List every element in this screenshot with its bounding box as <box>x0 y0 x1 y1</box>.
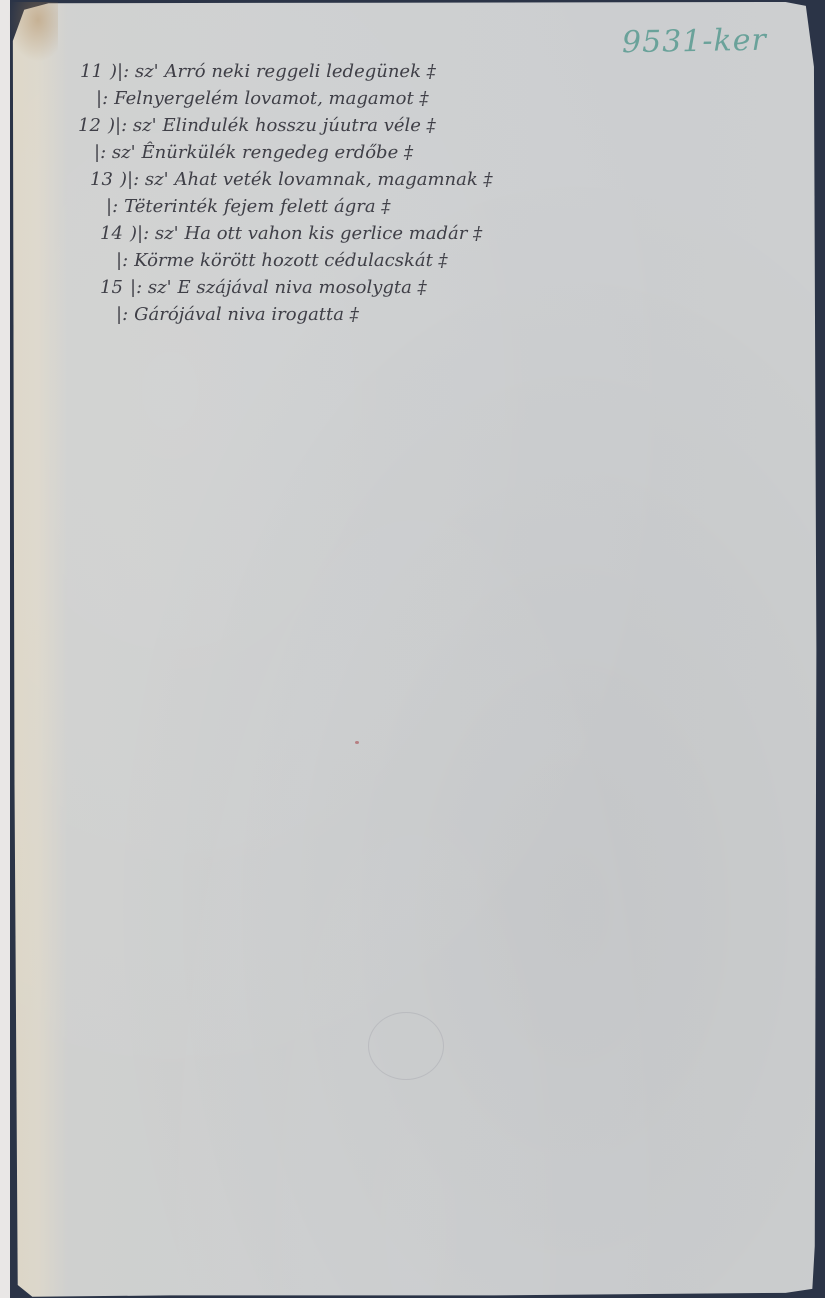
lyric-text: E szájával niva mosolygta ‡ <box>178 277 427 298</box>
ink-spot <box>355 741 359 744</box>
stanza-number: 14 <box>100 220 130 247</box>
repeat-mark: )|: sz' <box>120 169 169 190</box>
lyric-line: 12)|: sz'Elindulék hosszu júutra véle ‡ <box>78 112 700 139</box>
lyric-line: 13)|: sz'Ahat veték lovamnak, magamnak ‡ <box>90 166 700 193</box>
lyric-line: |: sz'Ênürkülék rengedeg erdőbe ‡ <box>78 139 700 166</box>
lyric-line: |:Felnyergelém lovamot, magamot ‡ <box>80 85 700 112</box>
lyric-line: |:Körme körött hozott cédulacskát ‡ <box>100 247 700 274</box>
lyric-line: |:Tëterinték fejem felett ágra ‡ <box>90 193 700 220</box>
faint-stamp <box>368 1012 444 1080</box>
lyrics-block: 11)|: sz'Arró neki reggeli ledegünek ‡ |… <box>80 58 700 328</box>
lyric-line: 11)|: sz'Arró neki reggeli ledegünek ‡ <box>80 58 700 85</box>
lyric-line: 15|: sz'E szájával niva mosolygta ‡ <box>100 274 700 301</box>
stanza-number: 15 <box>100 274 130 301</box>
catalog-number: 9531-ker <box>622 23 767 61</box>
repeat-mark: |: <box>106 196 118 217</box>
lyric-line: 14)|: sz'Ha ott vahon kis gerlice madár … <box>100 220 700 247</box>
repeat-mark: |: sz' <box>130 277 172 298</box>
repeat-mark: |: <box>116 304 128 325</box>
lyric-text: Körme körött hozott cédulacskát ‡ <box>134 250 447 271</box>
paper-stain <box>8 2 58 62</box>
lyric-text: Tëterinték fejem felett ágra ‡ <box>124 196 390 217</box>
stanza-13: 13)|: sz'Ahat veték lovamnak, magamnak ‡… <box>90 166 700 220</box>
repeat-mark: |: <box>116 250 128 271</box>
lyric-text: Elindulék hosszu júutra véle ‡ <box>163 115 436 136</box>
scanner-edge <box>0 0 10 1298</box>
repeat-mark: )|: sz' <box>110 61 159 82</box>
lyric-text: Felnyergelém lovamot, magamot ‡ <box>114 88 428 109</box>
lyric-text: Ênürkülék rengedeg erdőbe ‡ <box>142 142 413 163</box>
lyric-text: Gárójával niva irogatta ‡ <box>134 304 359 325</box>
stanza-14: 14)|: sz'Ha ott vahon kis gerlice madár … <box>100 220 700 274</box>
stanza-number: 11 <box>80 58 110 85</box>
stanza-15: 15|: sz'E szájával niva mosolygta ‡ |:Gá… <box>100 274 700 328</box>
stanza-12: 12)|: sz'Elindulék hosszu júutra véle ‡ … <box>78 112 700 166</box>
stanza-11: 11)|: sz'Arró neki reggeli ledegünek ‡ |… <box>80 58 700 112</box>
stanza-number: 12 <box>78 112 108 139</box>
lyric-text: Ha ott vahon kis gerlice madár ‡ <box>185 223 483 244</box>
stanza-number: 13 <box>90 166 120 193</box>
repeat-mark: |: sz' <box>94 142 136 163</box>
repeat-mark: |: <box>96 88 108 109</box>
scanned-page: 9531-ker 11)|: sz'Arró neki reggeli lede… <box>0 0 825 1298</box>
repeat-mark: )|: sz' <box>130 223 179 244</box>
repeat-mark: )|: sz' <box>108 115 157 136</box>
lyric-text: Ahat veték lovamnak, magamnak ‡ <box>175 169 493 190</box>
lyric-text: Arró neki reggeli ledegünek ‡ <box>165 61 436 82</box>
lyric-line: |:Gárójával niva irogatta ‡ <box>100 301 700 328</box>
